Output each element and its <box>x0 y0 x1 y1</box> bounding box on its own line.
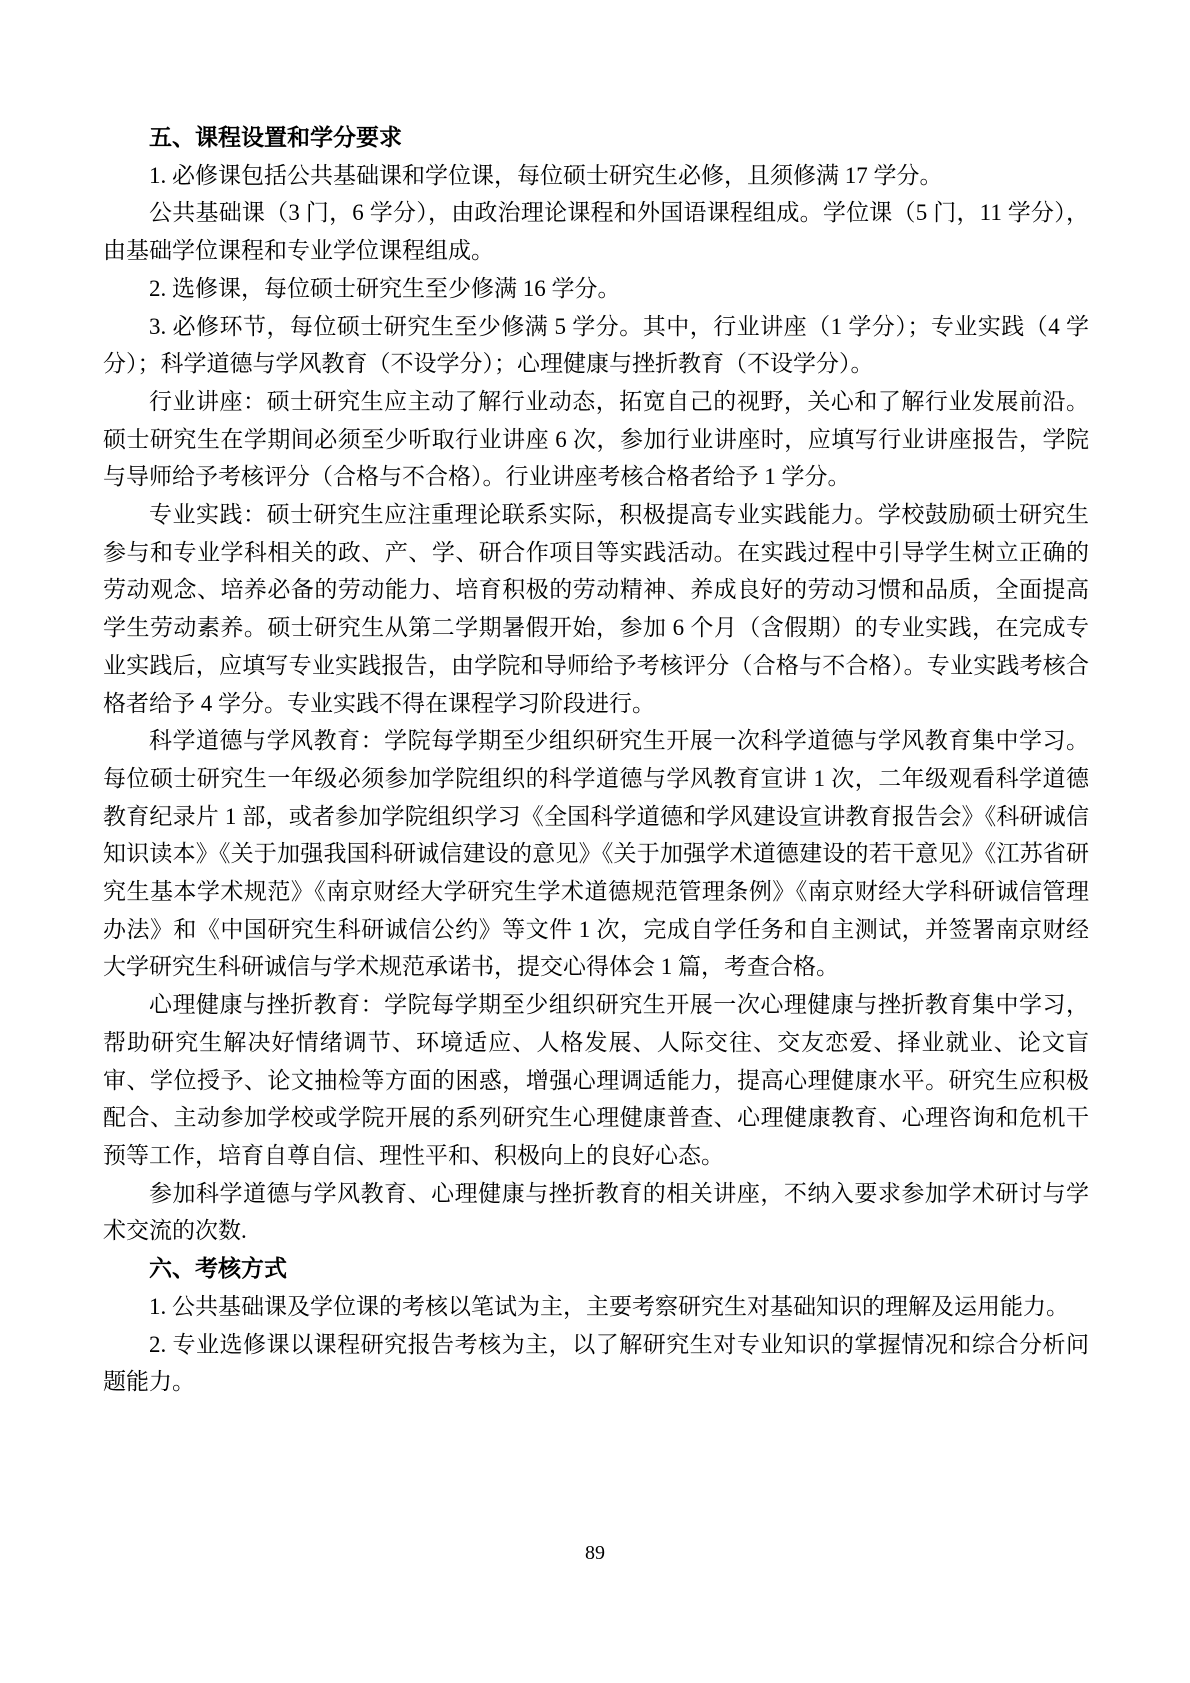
document-body: 五、课程设置和学分要求 1. 必修课包括公共基础课和学位课，每位硕士研究生必修，… <box>103 119 1089 1401</box>
paragraph-research-report-assessment: 2. 专业选修课以课程研究报告考核为主，以了解研究生对专业知识的掌握情况和综合分… <box>103 1326 1089 1401</box>
paragraph-lecture-counting-note: 参加科学道德与学风教育、心理健康与挫折教育的相关讲座，不纳入要求参加学术研讨与学… <box>103 1175 1089 1250</box>
paragraph-required-courses: 1. 必修课包括公共基础课和学位课，每位硕士研究生必修，且须修满 17 学分。 <box>103 157 1089 195</box>
paragraph-elective-courses: 2. 选修课，每位硕士研究生至少修满 16 学分。 <box>103 270 1089 308</box>
paragraph-mental-health-education: 心理健康与挫折教育：学院每学期至少组织研究生开展一次心理健康与挫折教育集中学习，… <box>103 986 1089 1175</box>
paragraph-science-ethics-education: 科学道德与学风教育：学院每学期至少组织研究生开展一次科学道德与学风教育集中学习。… <box>103 722 1089 986</box>
paragraph-industry-lectures: 行业讲座：硕士研究生应主动了解行业动态，拓宽自己的视野，关心和了解行业发展前沿。… <box>103 383 1089 496</box>
page-number: 89 <box>0 1541 1190 1565</box>
section-heading-assessment: 六、考核方式 <box>103 1250 1089 1288</box>
paragraph-written-exam-assessment: 1. 公共基础课及学位课的考核以笔试为主，主要考察研究生对基础知识的理解及运用能… <box>103 1288 1089 1326</box>
document-page: 五、课程设置和学分要求 1. 必修课包括公共基础课和学位课，每位硕士研究生必修，… <box>0 0 1190 1683</box>
section-heading-course-credits: 五、课程设置和学分要求 <box>103 119 1089 157</box>
paragraph-public-basic-courses: 公共基础课（3 门，6 学分），由政治理论课程和外国语课程组成。学位课（5 门，… <box>103 194 1089 269</box>
paragraph-required-segments: 3. 必修环节，每位硕士研究生至少修满 5 学分。其中，行业讲座（1 学分）；专… <box>103 308 1089 383</box>
paragraph-professional-practice: 专业实践：硕士研究生应注重理论联系实际，积极提高专业实践能力。学校鼓励硕士研究生… <box>103 496 1089 722</box>
